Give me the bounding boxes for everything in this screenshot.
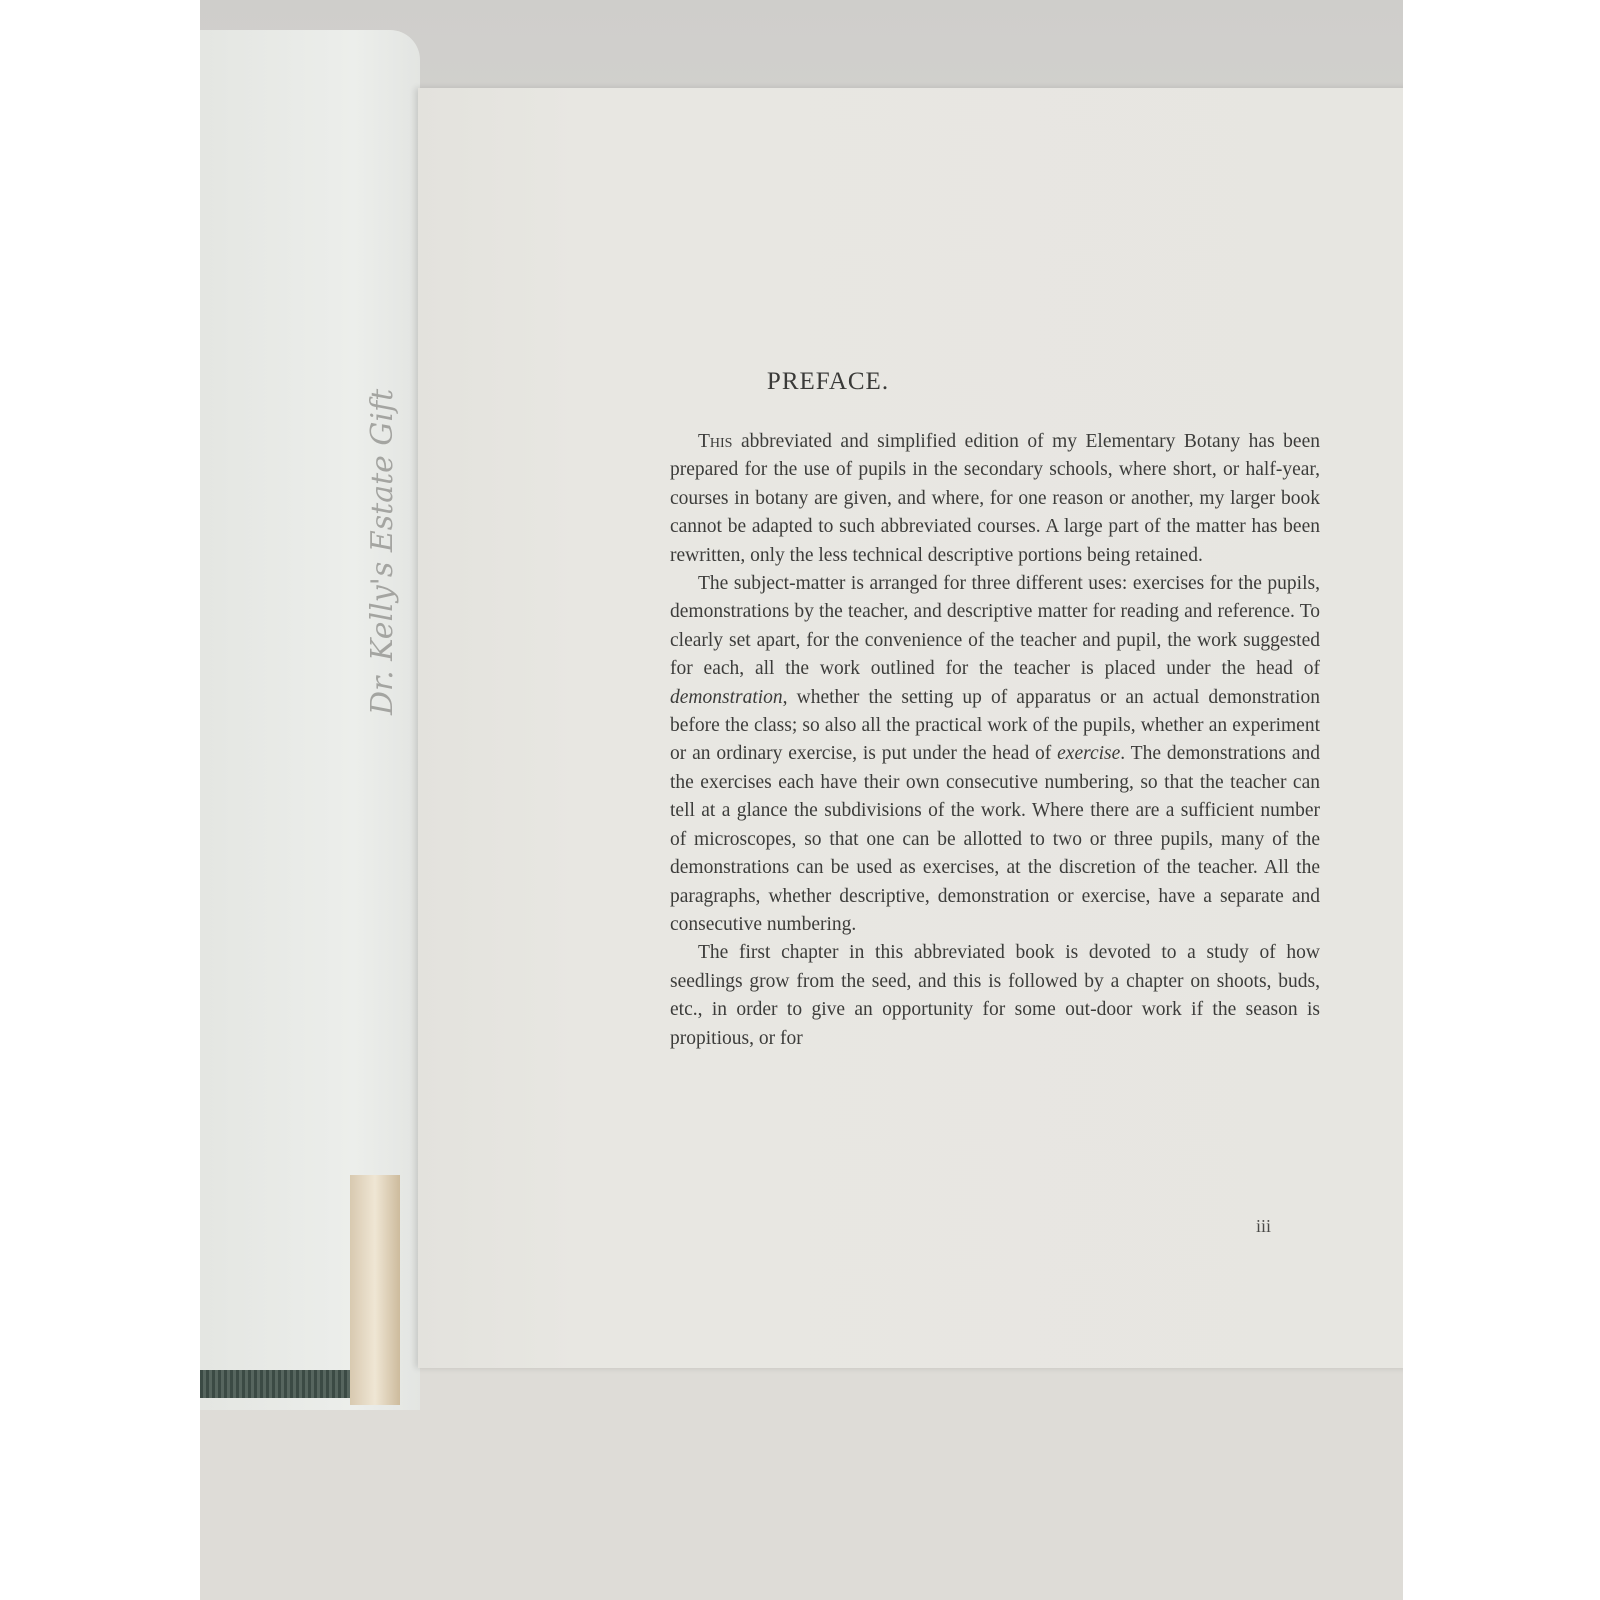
book-photo: Dr. Kelly's Estate Gift PREFACE. This ab…: [200, 0, 1403, 1600]
body-text: This abbreviated and simplified edition …: [670, 428, 1320, 1053]
book-cover-edge: [200, 1370, 350, 1398]
paragraph-2: The subject-matter is arranged for three…: [670, 570, 1320, 939]
torn-spine: [350, 1175, 400, 1405]
preface-page: PREFACE. This abbreviated and simplified…: [418, 88, 1403, 1368]
page-number: iii: [1256, 1216, 1271, 1237]
paragraph-3: The first chapter in this abbreviated bo…: [670, 939, 1320, 1053]
page-title: PREFACE.: [418, 368, 1238, 396]
handwritten-inscription: Dr. Kelly's Estate Gift: [365, 389, 400, 715]
paragraph-1: This abbreviated and simplified edition …: [670, 428, 1320, 570]
